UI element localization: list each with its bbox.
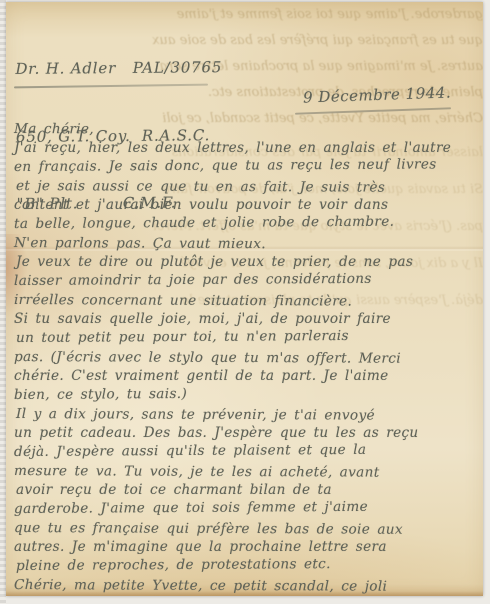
letter-line: garderobe. J'aime que toi sois femme et … (14, 497, 480, 519)
letter-line: laisser amoindrir ta joie par des consid… (14, 269, 480, 291)
letter-line: un tout petit peu pour toi, tu n'en parl… (16, 326, 480, 348)
letter-line: déjà. J'espère aussi qu'ils te plaisent … (14, 440, 480, 462)
letter-line: pleine de reproches, de protestations et… (16, 554, 480, 576)
letter-line: Chérie, ma petite Yvette, ce petit scand… (14, 576, 480, 596)
letter-paper: garderobe. J'aime que toi sois femme et … (6, 2, 483, 596)
salutation: Ma chérie, (14, 120, 480, 141)
letter-line: pas. (J'écris avec le stylo que tu m'as … (14, 348, 480, 369)
date-underline (295, 107, 451, 114)
letter-line: que tu es française qui préfère les bas … (14, 519, 480, 540)
sender-line-1: Dr. H. Adler PAL/30765 (15, 56, 222, 80)
letter-line: Il y a dix jours, sans te prévenir, je t… (16, 405, 480, 426)
letter-line: mesure te va. Tu vois, je te les ai ache… (14, 462, 480, 483)
letter-body: Ma chérie, J'ai reçu, hier, les deux let… (14, 120, 480, 595)
letter-date: 9 Décembre 1944. (303, 83, 452, 106)
letter-line: ta belle, longue, chaude et jolie robe d… (14, 212, 480, 234)
letter-line: en français. Je sais donc, que tu as reç… (14, 155, 480, 177)
letter-line: et je sais aussi ce que tu en as fait. J… (16, 177, 480, 198)
letter-line: irréelles concernant une situation finan… (14, 291, 480, 312)
letter-line: bien, ce stylo, tu sais.) (14, 383, 480, 405)
letter-line: N'en parlons pas. Ça vaut mieux. (14, 234, 480, 255)
